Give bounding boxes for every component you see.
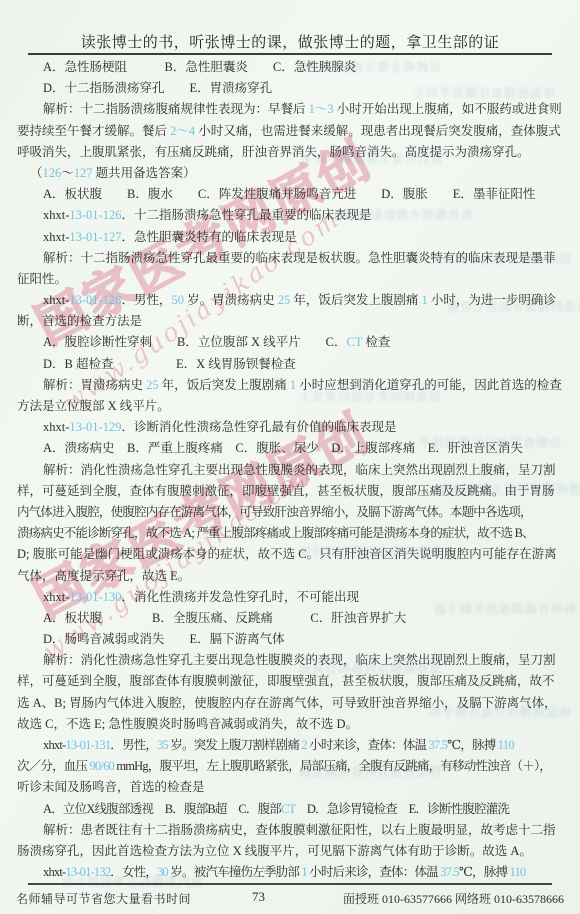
- text-line: 要持续至午餐才缓解。餐后 2～4 小时又痛，也需进餐来缓解。现患者出现餐后突发腹…: [17, 121, 563, 142]
- text-segment: D．B 超检查 E．X 线胃肠钡餐检查: [43, 357, 296, 371]
- text-line: 选 A、B; 胃肠内气体进入腹腔，使腹腔内存在游离气体，可导致肝浊音界缩小，及膈…: [17, 693, 563, 714]
- text-line: 征阳性。: [17, 269, 563, 290]
- highlighted-number: 25: [278, 293, 291, 307]
- highlighted-number: 127: [74, 166, 93, 180]
- text-line: 解析：患者既往有十二指肠溃疡病史，查体腹膜刺激征阳性，以右上腹最明显，故考虑十二…: [17, 820, 563, 841]
- text-segment: 次／分，血压: [17, 759, 90, 773]
- text-segment: 小时又痛，也需进餐来缓解。现患者出现餐后突发腹痛，查体腹式: [195, 124, 561, 138]
- text-segment: D; 腹胀可能是幽门梗阻或溃疡本身的症状，故不选 C。只有肝浊音区消失说明腹腔内…: [17, 547, 557, 561]
- text-line: A．立位X线腹部透视 B．腹部B超 C．腹部CT D．急诊胃镜检查 E．诊断性腹…: [17, 799, 563, 820]
- text-segment: A．板状腹 B．腹水 C．阵发性腹痛并肠鸣音亢进 D．腹胀 E．墨菲征阳性: [43, 187, 535, 201]
- highlighted-number: CT: [346, 335, 362, 349]
- text-line: 肠溃疡穿孔，因此首选检查方法为立位 X 线腹平片，可见膈下游离气体有助于诊断。故…: [17, 841, 563, 862]
- text-line: xhxt-13-01-129．诊断消化性溃疡急性穿孔最有价值的临床表现是: [17, 417, 563, 438]
- text-segment: A．溃疡病史 B．严重上腹疼痛 C．腹胀、尿少 D．上腹部疼痛 E．肝浊音区消失: [43, 441, 523, 455]
- text-segment: 解析：患者既往有十二指肠溃疡病史，查体腹膜刺激征阳性，以右上腹最明显，故考虑十二…: [43, 823, 556, 837]
- text-line: 方法是立位腹部 X 线平片。: [17, 396, 563, 417]
- text-line: 故选 C，不选 E; 急性腹膜炎时肠鸣音减弱或消失，故不选 D。: [17, 714, 563, 735]
- text-segment: 检查: [362, 335, 390, 349]
- highlighted-number: 13-01-132: [65, 865, 110, 879]
- document-body: A．急性肠梗阻 B．急性胆囊炎 C．急性胰腺炎D．十二指肠溃疡穿孔 E．胃溃疡穿…: [17, 57, 563, 883]
- highlighted-number: 13-01-129: [69, 420, 121, 434]
- page-number: 73: [252, 889, 265, 905]
- highlighted-number: 13-01-128: [69, 293, 121, 307]
- text-line: 解析：十二指肠溃疡腹痛规律性表现为：早餐后 1～3 小时开始出现上腹痛，如不服药…: [17, 99, 563, 120]
- highlighted-number: 110: [509, 865, 525, 879]
- text-line: xhxt-13-01-127．急性胆囊炎特有的临床表现是: [17, 227, 563, 248]
- highlighted-number: 1～3: [309, 102, 334, 116]
- text-line: A．板状腹 B．全腹压痛、反跳痛 C．肝浊音界扩大: [17, 608, 563, 629]
- text-segment: 年，饭后突发上腹剧痛: [290, 293, 421, 307]
- text-line: xhxt-13-01-131．男性，35 岁。突发上腹刀割样剧痛 2 小时来诊，…: [17, 735, 563, 756]
- highlighted-number: 37.5: [440, 865, 459, 879]
- text-line: A．板状腹 B．腹水 C．阵发性腹痛并肠鸣音亢进 D．腹胀 E．墨菲征阳性: [17, 184, 563, 205]
- text-line: （126～127 题共用备选答案）: [17, 163, 563, 184]
- text-line: 次／分，血压 90/60 mmHg，腹平坦，左上腹肌略紧张，局部压痛，全腹有反跳…: [17, 756, 563, 777]
- text-line: xhxt-13-01-128．男性，50 岁。胃溃疡病史 25 年，饭后突发上腹…: [17, 290, 563, 311]
- text-segment: （: [30, 166, 43, 180]
- footer-rule: [28, 883, 552, 885]
- text-segment: 选 A、B; 胃肠内气体进入腹腔，使腹腔内存在游离气体，可导致肝浊音界缩小，及膈…: [17, 696, 557, 710]
- text-segment: A．急性肠梗阻 B．急性胆囊炎 C．急性胰腺炎: [43, 60, 356, 74]
- text-line: 解析：消化性溃疡急性穿孔主要出现急性腹膜炎的表现，临床上突然出现剧烈上腹痛，呈刀…: [17, 650, 563, 671]
- text-segment: A．板状腹 B．全腹压痛、反跳痛 C．肝浊音界扩大: [43, 611, 406, 625]
- page-footer: 名师辅导可节省您大量看书时间 73 面授班 010-63577666 网络班 0…: [16, 888, 550, 908]
- text-segment: 小时应想到消化道穿孔的可能，因此首选的检查: [296, 378, 562, 392]
- text-segment: ℃，脉搏: [447, 738, 498, 752]
- highlighted-number: 13-01-126: [69, 208, 121, 222]
- text-line: A．腹腔诊断性穿刺 B．立位腹部 X 线平片 C．CT 检查: [17, 332, 563, 353]
- text-segment: 年，饭后突发上腹剧痛: [159, 378, 290, 392]
- text-segment: 要持续至午餐才缓解。餐后: [17, 124, 170, 138]
- text-segment: ．男性，: [121, 293, 171, 307]
- text-segment: 小时来诊，查体：体温: [307, 738, 429, 752]
- text-segment: mmHg，腹平坦，左上腹肌略紧张，局部压痛，全腹有反跳痛，有移动性浊音（＋），: [114, 759, 551, 773]
- text-segment: xhxt-: [43, 420, 69, 434]
- highlighted-number: CT: [281, 802, 295, 816]
- highlighted-number: 50: [171, 293, 184, 307]
- text-line: 解析：十二指肠溃疡急性穿孔最重要的临床表现是板状腹。急性胆囊炎特有的临床表现是墨…: [17, 248, 563, 269]
- text-segment: A．立位X线腹部透视 B．腹部B超 C．腹部: [43, 802, 281, 816]
- text-line: A．溃疡病史 B．严重上腹疼痛 C．腹胀、尿少 D．上腹部疼痛 E．肝浊音区消失: [17, 438, 563, 459]
- text-segment: 方法是立位腹部 X 线平片。: [17, 399, 170, 413]
- text-segment: 断，首选的检查方法是: [17, 314, 142, 328]
- text-segment: 气体，高度提示穿孔，故选 E。: [17, 569, 190, 583]
- highlighted-number: 35: [157, 738, 168, 752]
- text-line: xhxt-13-01-130．消化性溃疡并发急性穿孔时，不可能出现: [17, 587, 563, 608]
- text-segment: 岁。突发上腹刀割样剧痛: [168, 738, 301, 752]
- text-segment: ．女性，: [110, 865, 157, 879]
- text-segment: 小时，为进一步明确诊: [428, 293, 556, 307]
- footer-contact: 面授班 010-63577666 网络班 010-63578666: [343, 890, 564, 907]
- text-segment: 小时后来诊，查体：体温: [307, 865, 440, 879]
- text-segment: 解析：十二指肠溃疡腹痛规律性表现为：早餐后: [43, 102, 309, 116]
- highlighted-number: 2～4: [170, 124, 195, 138]
- highlighted-number: 110: [498, 738, 514, 752]
- text-segment: 样，可蔓延到全腹，腹部查体有腹膜刺激征，即腹壁强直，甚至板状腹，腹部压痛及反跳痛…: [17, 674, 555, 688]
- text-segment: ．消化性溃疡并发急性穿孔时，不可能出现: [121, 590, 359, 604]
- text-segment: 听诊未闻及肠鸣音，首选的检查是: [17, 780, 205, 794]
- highlighted-number: 13-01-131: [65, 738, 110, 752]
- text-segment: 溃疡病史不能诊断穿孔，故不选 A; 严重上腹部疼痛或上腹部疼痛可能是溃疡本身的症…: [17, 526, 534, 540]
- text-segment: ℃，脉搏: [459, 865, 510, 879]
- text-segment: 题共用备选答案）: [93, 166, 196, 180]
- text-segment: 故选 C，不选 E; 急性腹膜炎时肠鸣音减弱或消失，故不选 D。: [17, 717, 358, 731]
- text-segment: 征阳性。: [17, 272, 67, 286]
- text-segment: 岁。胃溃疡病史: [184, 293, 278, 307]
- text-line: 呼吸消失，上腹肌紧张，有压痛反跳痛，肝浊音界消失，肠鸣音消失。高度提示为溃疡穿孔…: [17, 142, 563, 163]
- text-line: 样，可蔓延到全腹，腹部查体有腹膜刺激征，即腹壁强直，甚至板状腹，腹部压痛及反跳痛…: [17, 671, 563, 692]
- text-segment: 解析：消化性溃疡急性穿孔主要出现急性腹膜炎的表现，临床上突然出现剧烈上腹痛，呈刀…: [43, 463, 556, 477]
- highlighted-number: 30: [157, 865, 168, 879]
- highlighted-number: 126: [43, 166, 62, 180]
- text-line: 气体，高度提示穿孔，故选 E。: [17, 566, 563, 587]
- text-segment: A．腹腔诊断性穿刺 B．立位腹部 X 线平片 C．: [43, 335, 346, 349]
- text-segment: ．诊断消化性溃疡急性穿孔最有价值的临床表现是: [121, 420, 396, 434]
- text-segment: xhxt-: [43, 738, 65, 752]
- text-line: A．急性肠梗阻 B．急性胆囊炎 C．急性胰腺炎: [17, 57, 563, 78]
- text-segment: ．男性，: [110, 738, 157, 752]
- text-segment: ～: [61, 166, 74, 180]
- text-line: D．十二指肠溃疡穿孔 E．胃溃疡穿孔: [17, 78, 563, 99]
- text-line: 听诊未闻及肠鸣音，首选的检查是: [17, 777, 563, 798]
- highlighted-number: 90/60: [90, 759, 114, 773]
- document-page: 反跳痛全腹压痛膈下游离体温脉搏血压腹部平坦左饭后突发上腹剧痛小时来板状腹腹水腹胀…: [0, 0, 580, 914]
- text-segment: xhxt-: [43, 208, 69, 222]
- header-rule: [28, 53, 552, 55]
- text-line: D．肠鸣音减弱或消失 E．膈下游离气体: [17, 629, 563, 650]
- text-segment: 肠溃疡穿孔，因此首选检查方法为立位 X 线腹平片，可见膈下游离气体有助于诊断。故…: [17, 844, 532, 858]
- text-line: 解析：消化性溃疡急性穿孔主要出现急性腹膜炎的表现，临床上突然出现剧烈上腹痛，呈刀…: [17, 460, 563, 481]
- text-line: 断，首选的检查方法是: [17, 311, 563, 332]
- text-segment: xhxt-: [43, 230, 69, 244]
- highlighted-number: 13-01-127: [69, 230, 121, 244]
- text-segment: 解析：十二指肠溃疡急性穿孔最重要的临床表现是板状腹。急性胆囊炎特有的临床表现是墨…: [43, 251, 556, 265]
- text-segment: xhxt-: [43, 865, 65, 879]
- text-line: xhxt-13-01-126．十二指肠溃疡急性穿孔最重要的临床表现是: [17, 205, 563, 226]
- text-line: 样，可蔓延到全腹，查体有腹膜刺激征，即腹壁强直，甚至板状腹，腹部压痛及反跳痛。由…: [17, 481, 563, 502]
- text-segment: 解析：消化性溃疡急性穿孔主要出现急性腹膜炎的表现，临床上突然出现剧烈上腹痛，呈刀…: [43, 653, 556, 667]
- page-header-slogan: 读张博士的书，听张博士的课，做张博士的题，拿卫生部的证: [20, 31, 560, 52]
- text-segment: xhxt-: [43, 590, 69, 604]
- text-line: D．B 超检查 E．X 线胃肠钡餐检查: [17, 354, 563, 375]
- text-segment: 呼吸消失，上腹肌紧张，有压痛反跳痛，肝浊音界消失，肠鸣音消失。高度提示为溃疡穿孔…: [17, 145, 530, 159]
- text-line: 解析：胃溃疡病史 25 年，饭后突发上腹剧痛 1 小时应想到消化道穿孔的可能，因…: [17, 375, 563, 396]
- text-line: D; 腹胀可能是幽门梗阻或溃疡本身的症状，故不选 C。只有肝浊音区消失说明腹腔内…: [17, 544, 563, 565]
- text-segment: 内气体进入腹腔，使腹腔内存在游离气体，可导致肝浊音界缩小，及膈下游离气体。本题中…: [17, 505, 532, 519]
- text-segment: 样，可蔓延到全腹，查体有腹膜刺激征，即腹壁强直，甚至板状腹，腹部压痛及反跳痛。由…: [17, 484, 555, 498]
- footer-slogan: 名师辅导可节省您大量看书时间: [16, 890, 191, 907]
- text-line: 内气体进入腹腔，使腹腔内存在游离气体，可导致肝浊音界缩小，及膈下游离气体。本题中…: [17, 502, 563, 523]
- highlighted-number: 25: [146, 378, 159, 392]
- highlighted-number: 13-01-130: [69, 590, 121, 604]
- text-segment: 岁。被汽车撞伤左季肋部: [168, 865, 301, 879]
- text-segment: 解析：胃溃疡病史: [43, 378, 146, 392]
- text-segment: ．急性胆囊炎特有的临床表现是: [121, 230, 296, 244]
- text-segment: 小时开始出现上腹痛，如不服药或进食则: [334, 102, 562, 116]
- text-segment: xhxt-: [43, 293, 69, 307]
- text-line: xhxt-13-01-132．女性，30 岁。被汽车撞伤左季肋部 1 小时后来诊…: [17, 862, 563, 883]
- text-segment: D．十二指肠溃疡穿孔 E．胃溃疡穿孔: [43, 81, 272, 95]
- text-segment: ．十二指肠溃疡急性穿孔最重要的临床表现是: [121, 208, 371, 222]
- text-segment: D．肠鸣音减弱或消失 E．膈下游离气体: [43, 632, 285, 646]
- text-segment: D．急诊胃镜检查 E．诊断性腹腔灌洗: [295, 802, 509, 816]
- text-line: 溃疡病史不能诊断穿孔，故不选 A; 严重上腹部疼痛或上腹部疼痛可能是溃疡本身的症…: [17, 523, 563, 544]
- highlighted-number: 37.5: [428, 738, 447, 752]
